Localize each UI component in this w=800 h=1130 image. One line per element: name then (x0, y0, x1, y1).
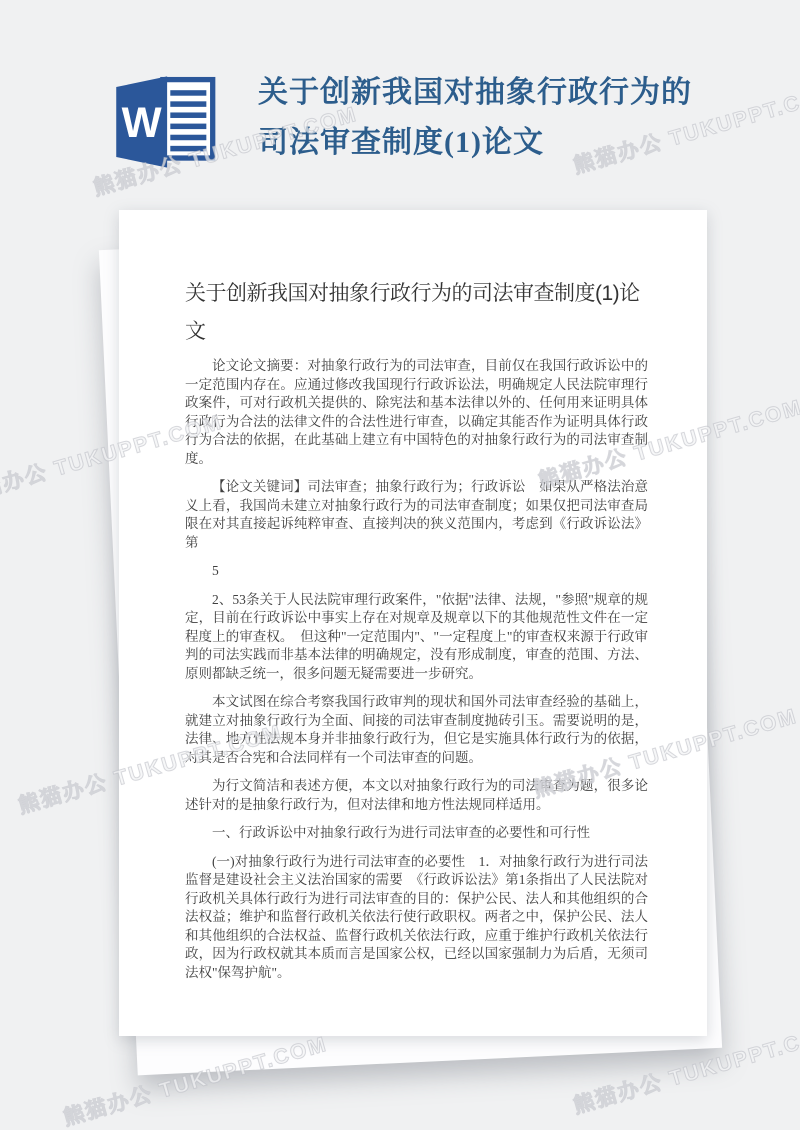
document-section-heading: 一、行政诉讼中对抽象行政行为进行司法审查的必要性和可行性 (185, 824, 648, 843)
document-title-link[interactable]: 关于创新我国对抽象行政行为的司法审查制度(1)论文 (258, 68, 708, 168)
header: W 关于创新我国对抽象行政行为的司法审查制度(1)论文 (0, 0, 800, 210)
document-paragraph: 论文论文摘要：对抽象行政行为的司法审查，目前仅在我国行政诉讼中的一定范围内存在。… (185, 357, 648, 468)
document-page-title: 关于创新我国对抽象行政行为的司法审查制度(1)论文 (185, 275, 648, 351)
document-page-preview[interactable]: 关于创新我国对抽象行政行为的司法审查制度(1)论文 论文论文摘要：对抽象行政行为… (119, 210, 707, 1036)
document-paragraph: 【论文关键词】司法审查；抽象行政行为；行政诉讼 如果从严格法治意义上看，我国尚未… (185, 478, 648, 552)
page-background: W 关于创新我国对抽象行政行为的司法审查制度(1)论文 关于创新我国对抽象行政行… (0, 0, 800, 1130)
document-paragraph: 2、53条关于人民法院审理行政案件，"依据"法律、法规，"参照"规章的规定，目前… (185, 591, 648, 684)
document-paragraph: 本文试图在综合考察我国行政审判的现状和国外司法审查经验的基础上，就建立对抽象行政… (185, 693, 648, 767)
document-paragraph: 为行文简洁和表述方便，本文以对抽象行政行为的司法审查为题，很多论述针对的是抽象行… (185, 777, 648, 814)
document-paragraph: (一)对抽象行政行为进行司法审查的必要性 1．对抽象行政行为进行司法监督是建设社… (185, 853, 648, 983)
word-document-icon: W (112, 72, 218, 172)
svg-text:W: W (122, 99, 162, 146)
document-paragraph: 5 (185, 562, 648, 581)
document-body: 论文论文摘要：对抽象行政行为的司法审查，目前仅在我国行政诉讼中的一定范围内存在。… (185, 357, 648, 982)
